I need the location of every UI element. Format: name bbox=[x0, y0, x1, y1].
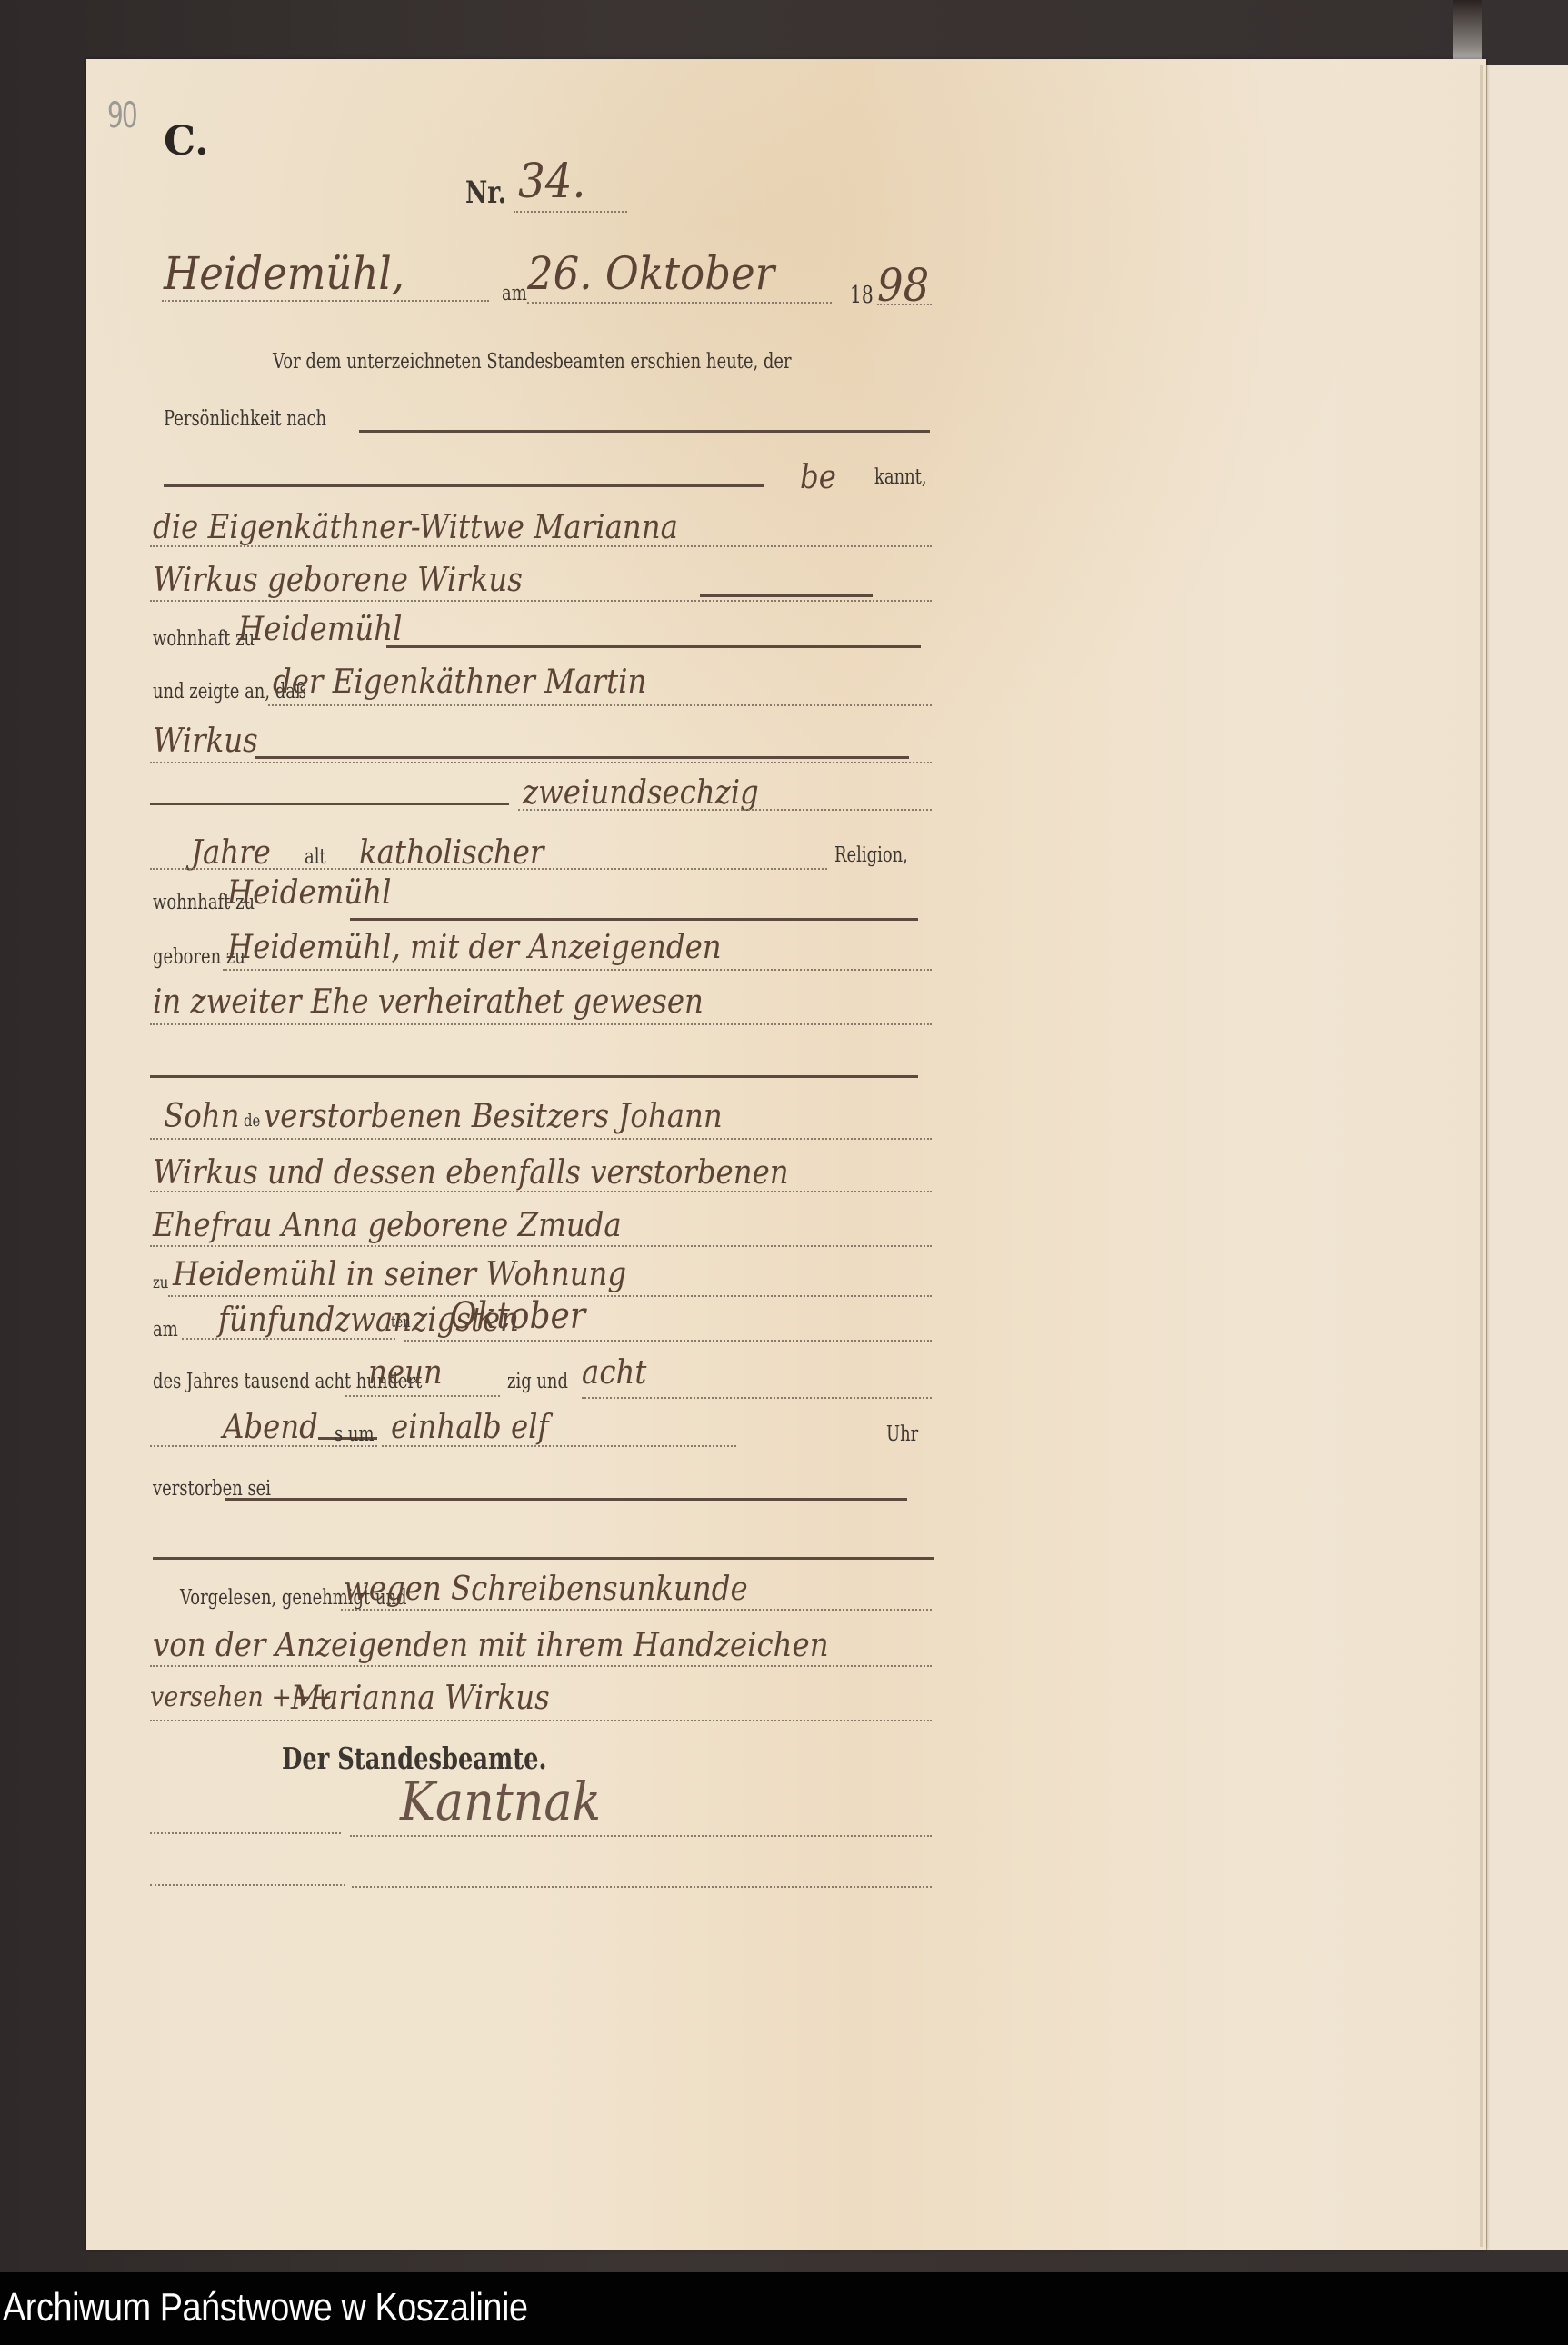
signature-rule-2a bbox=[150, 1884, 345, 1886]
official-signature: Kantnak bbox=[400, 1771, 601, 1832]
death-year-zig-label: zig und bbox=[507, 1370, 568, 1393]
death-place: Heidemühl in seiner Wohnung bbox=[173, 1256, 626, 1293]
am-label: am bbox=[502, 282, 527, 305]
death-hour: einhalb elf bbox=[391, 1409, 549, 1446]
death-day-suffix: ten bbox=[391, 1313, 411, 1332]
age-religion-rule bbox=[150, 868, 827, 870]
born-line-2-rule bbox=[150, 1023, 932, 1025]
born-line-1: Heidemühl, mit der Anzeigenden bbox=[227, 929, 722, 966]
deceased-residence-fill bbox=[350, 918, 918, 921]
parents-line-2: Wirkus und dessen ebenfalls verstorbenen bbox=[153, 1154, 789, 1192]
death-month-rule bbox=[404, 1340, 932, 1342]
alt-label: alt bbox=[305, 845, 326, 869]
parents-line-3-rule bbox=[150, 1245, 932, 1247]
declarant-line-1-rule bbox=[150, 545, 932, 547]
de-label: de bbox=[244, 1111, 260, 1131]
identity-label: Persönlichkeit nach bbox=[164, 407, 326, 431]
son-word: Sohn bbox=[164, 1098, 239, 1135]
place: Heidemühl, bbox=[164, 247, 404, 300]
known-suffix: kannt, bbox=[874, 465, 927, 489]
declarant-residence-fill bbox=[386, 645, 921, 648]
parents-line-3: Ehefrau Anna geborene Zmuda bbox=[153, 1207, 622, 1244]
signature-rule-2b bbox=[352, 1886, 932, 1888]
date: 26. Oktober bbox=[527, 247, 774, 300]
death-time-of-day: Abend bbox=[223, 1409, 318, 1446]
death-day-rule bbox=[182, 1338, 395, 1340]
signature-rule-1b bbox=[350, 1835, 932, 1837]
born-line-2: in zweiter Ehe verheirathet gewesen bbox=[153, 983, 704, 1021]
deceased-line-2-rule bbox=[150, 762, 932, 763]
death-am-label: am bbox=[153, 1318, 178, 1342]
intro-line: Vor dem unterzeichneten Standesbeamten e… bbox=[273, 350, 792, 374]
death-zu-label: zu bbox=[153, 1272, 168, 1292]
deceased-line-1: der Eigenkäthner Martin bbox=[273, 664, 646, 701]
known-prefix: be bbox=[800, 459, 836, 496]
parents-line-2-rule bbox=[150, 1191, 932, 1192]
record-number: 34. bbox=[518, 155, 585, 209]
death-s-um-label: s um bbox=[335, 1422, 374, 1446]
deceased-line-2-fill bbox=[255, 756, 909, 759]
identity-line bbox=[359, 430, 930, 433]
born-line-1-rule bbox=[223, 969, 932, 971]
religion: katholischer bbox=[359, 834, 544, 872]
verstorben-fill bbox=[225, 1498, 907, 1501]
death-year-tens-rule bbox=[345, 1395, 500, 1397]
religion-label: Religion, bbox=[834, 843, 908, 867]
declarant-line-2-fill bbox=[700, 594, 873, 597]
date-line bbox=[527, 302, 832, 304]
declarant-line-2: Wirkus geborene Wirkus bbox=[153, 562, 523, 599]
record-number-label: Nr. bbox=[465, 175, 506, 211]
signature-rule-1a bbox=[150, 1832, 341, 1834]
death-year-units: acht bbox=[582, 1354, 646, 1392]
age-unit: Jahre bbox=[191, 834, 271, 872]
adjacent-page-edge bbox=[1486, 65, 1568, 2250]
page-gutter bbox=[1480, 65, 1483, 2247]
declarant-line-2-rule bbox=[150, 600, 932, 602]
death-month: Oktober bbox=[450, 1295, 585, 1337]
age-prefix-fill bbox=[150, 803, 509, 805]
declarant-residence: Heidemühl bbox=[238, 611, 403, 648]
death-uhr-label: Uhr bbox=[886, 1422, 918, 1446]
identity-line-2 bbox=[164, 484, 764, 487]
declarant-signature: Marianna Wirkus bbox=[291, 1680, 550, 1717]
age-rule bbox=[518, 809, 932, 811]
place-line bbox=[162, 300, 489, 302]
death-year-units-rule bbox=[582, 1397, 932, 1399]
deceased-residence: Heidemühl bbox=[227, 874, 392, 912]
pencil-page-number: 90 bbox=[107, 94, 136, 135]
closing-line-3-rule bbox=[150, 1720, 932, 1721]
closing-line-1: wegen Schreibensunkunde bbox=[344, 1571, 748, 1608]
deceased-line-1-rule bbox=[268, 704, 932, 706]
closing-line-2-rule bbox=[150, 1665, 932, 1667]
record-number-line bbox=[514, 211, 627, 213]
section-separator bbox=[150, 1075, 918, 1078]
series-letter: C. bbox=[164, 118, 209, 165]
archive-footer-label: Archiwum Państwowe w Koszalinie bbox=[3, 2285, 528, 2330]
binding-clip bbox=[1453, 0, 1482, 68]
deceased-line-2: Wirkus bbox=[153, 723, 258, 760]
death-hour-rule bbox=[382, 1445, 736, 1447]
closing-line-1-rule bbox=[341, 1609, 932, 1611]
year-line bbox=[877, 304, 932, 305]
age-words: zweiundsechzig bbox=[523, 774, 759, 812]
parents-line-1-rule bbox=[150, 1138, 932, 1140]
closing-line-2: von der Anzeigenden mit ihrem Handzeiche… bbox=[153, 1627, 829, 1664]
year-prefix: 18 bbox=[850, 282, 874, 309]
death-year-tens: neun bbox=[368, 1354, 443, 1392]
parents-line-1: verstorbenen Besitzers Johann bbox=[264, 1098, 723, 1135]
verstorben-fill-2 bbox=[153, 1557, 934, 1560]
declarant-line-1: die Eigenkäthner-Wittwe Marianna bbox=[153, 509, 678, 546]
